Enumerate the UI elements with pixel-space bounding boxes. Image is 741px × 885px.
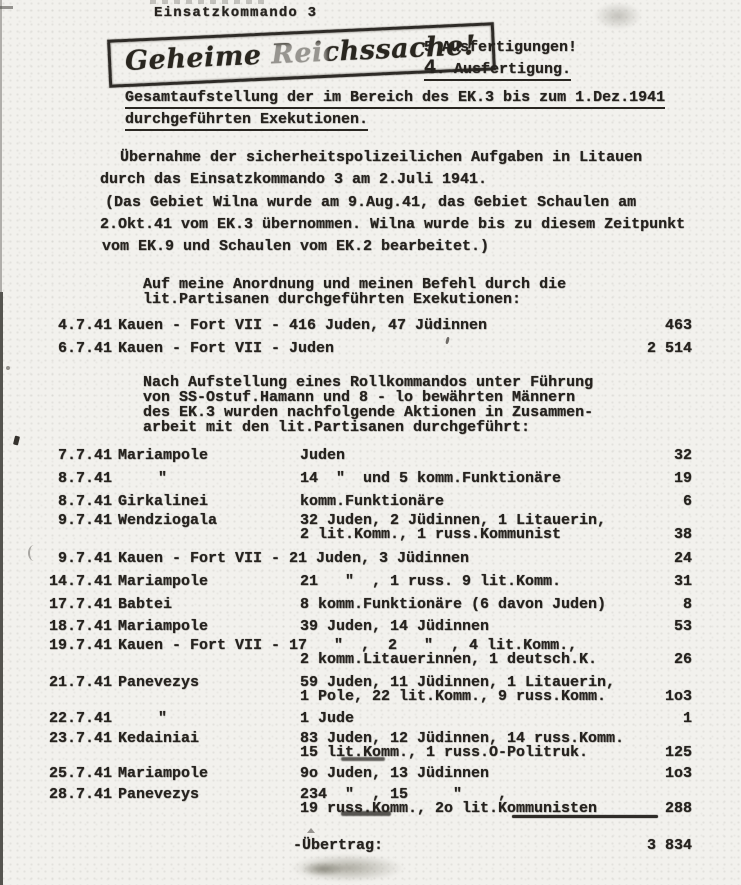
total-rule [512, 815, 658, 818]
paragraph-line: (Das Gebiet Wilna wurde am 9.Aug.41, das… [105, 195, 636, 211]
paragraph-line: vom EK.9 und Schaulen vom EK.2 bearbeite… [102, 239, 489, 255]
table-row-continued: 2 komm.Litauerinnen, 1 deutsch.K. 26 [0, 652, 741, 668]
row-place: Girkalinei [118, 494, 208, 510]
table-row: 14.7.41 Mariampole 21 " , 1 russ. 9 lit.… [0, 574, 741, 590]
row-place: Mariampole [118, 448, 208, 464]
paragraph-line: arbeit mit den lit.Partisanen durchgefüh… [143, 420, 530, 436]
stamp-fade-artifact [268, 42, 327, 71]
scan-artifact [594, 2, 642, 30]
row-date: 4.7.41 [40, 318, 112, 334]
row-place: Babtei [118, 597, 172, 613]
row-date: 6.7.41 [40, 341, 112, 357]
table-row-continued: 15 lit.Komm., 1 russ.O-Politruk. 125 [0, 745, 741, 761]
scanned-document: Einsatzkommando 3 Geheime Reichssache! 5… [0, 0, 741, 885]
scan-artifact [307, 828, 315, 833]
row-desc: 9o Juden, 13 Jüdinnen [300, 766, 489, 782]
row-place: Mariampole [118, 574, 208, 590]
row-count: 24 [588, 551, 692, 567]
table-row: 22.7.41 " 1 Jude 1 [0, 711, 741, 727]
row-count: 38 [588, 527, 692, 543]
row-desc: 1 Jude [300, 711, 354, 727]
carry-over-label: -Übertrag: [293, 838, 383, 854]
row-count: 6 [588, 494, 692, 510]
table-row: 8.7.41 Girkalinei komm.Funktionäre 6 [0, 494, 741, 510]
row-count: 8 [588, 597, 692, 613]
document-title-line2: durchgeführten Exekutionen. [125, 112, 368, 131]
table-row: 7.7.41 Mariampole Juden 32 [0, 448, 741, 464]
table-row: 4.7.41 Kauen - Fort VII - 416 Juden, 47 … [0, 318, 741, 334]
row-place: Mariampole [118, 766, 208, 782]
row-place: Mariampole [118, 619, 208, 635]
row-date: 7.7.41 [40, 448, 112, 464]
table-row-continued: 1 Pole, 22 lit.Komm., 9 russ.Komm. 1o3 [0, 689, 741, 705]
row-count: 125 [588, 745, 692, 761]
row-count: 19 [588, 471, 692, 487]
row-desc: 2 lit.Komm., 1 russ.Kommunist [300, 527, 561, 543]
document-title-line1: Gesamtaufstellung der im Bereich des EK.… [125, 90, 665, 109]
row-count: 1o3 [588, 689, 692, 705]
scan-artifact [302, 862, 344, 876]
row-date: 22.7.41 [40, 711, 112, 727]
row-desc: Juden [300, 448, 345, 464]
row-date: 9.7.41 [40, 551, 112, 567]
row-date: 8.7.41 [40, 471, 112, 487]
row-text: Kauen - Fort VII - 21 Juden, 3 Jüdinnen [118, 551, 469, 567]
page-edge-line [0, 0, 2, 292]
row-count: 463 [588, 318, 692, 334]
copy-number-rest: . Ausfertigung. [436, 61, 571, 78]
scan-artifact [0, 6, 13, 9]
table-row-continued: 2 lit.Komm., 1 russ.Kommunist 38 [0, 527, 741, 543]
row-desc: 8 komm.Funktionäre (6 davon Juden) [300, 597, 606, 613]
row-place-ditto: " [158, 471, 167, 487]
unit-label: Einsatzkommando 3 [154, 5, 317, 21]
row-text: Kauen - Fort VII - Juden [118, 341, 334, 357]
row-desc: 1 Pole, 22 lit.Komm., 9 russ.Komm. [300, 689, 606, 705]
row-date: 14.7.41 [40, 574, 112, 590]
copy-number: 4 [424, 57, 436, 80]
row-desc: 2 komm.Litauerinnen, 1 deutsch.K. [300, 652, 597, 668]
row-desc: 39 Juden, 14 Jüdinnen [300, 619, 489, 635]
table-row: 6.7.41 Kauen - Fort VII - Juden 2 514 [0, 341, 741, 357]
row-count: 53 [588, 619, 692, 635]
row-count: 26 [588, 652, 692, 668]
paragraph-line: Übernahme der sicherheitspolizeilichen A… [120, 150, 642, 166]
row-count: 2 514 [588, 341, 692, 357]
row-count: 32 [588, 448, 692, 464]
table-row: 18.7.41 Mariampole 39 Juden, 14 Jüdinnen… [0, 619, 741, 635]
row-place-ditto: " [158, 711, 167, 727]
row-date: 8.7.41 [40, 494, 112, 510]
row-date: 17.7.41 [40, 597, 112, 613]
row-desc: 15 lit.Komm., 1 russ.O-Politruk. [300, 745, 588, 761]
copies-count-line: 5 Ausfertigungen! [424, 40, 577, 56]
scan-artifact [6, 366, 10, 370]
paragraph-line: lit.Partisanen durchgeführten Exekutione… [143, 292, 521, 308]
row-desc: 14 " und 5 komm.Funktionäre [300, 471, 561, 487]
table-row: 9.7.41 Kauen - Fort VII - 21 Juden, 3 Jü… [0, 551, 741, 567]
row-desc: 21 " , 1 russ. 9 lit.Komm. [300, 574, 561, 590]
scan-artifact [13, 436, 20, 446]
copy-number-line: 4. Ausfertigung. [424, 61, 571, 81]
table-row: 25.7.41 Mariampole 9o Juden, 13 Jüdinnen… [0, 766, 741, 782]
carry-over-value: 3 834 [588, 838, 692, 854]
row-date: 25.7.41 [40, 766, 112, 782]
row-desc: komm.Funktionäre [300, 494, 444, 510]
row-count: 1o3 [588, 766, 692, 782]
table-row: 17.7.41 Babtei 8 komm.Funktionäre (6 dav… [0, 597, 741, 613]
row-count: 31 [588, 574, 692, 590]
row-text: Kauen - Fort VII - 416 Juden, 47 Jüdinne… [118, 318, 487, 334]
row-count: 1 [588, 711, 692, 727]
scan-artifact [150, 0, 270, 4]
paragraph-line: durch das Einsatzkommando 3 am 2.Juli 19… [100, 172, 487, 188]
table-row: 8.7.41 " 14 " und 5 komm.Funktionäre 19 [0, 471, 741, 487]
carry-over-row: -Übertrag: 3 834 [0, 838, 741, 854]
row-date: 18.7.41 [40, 619, 112, 635]
paragraph-line: 2.Okt.41 vom EK.3 übernommen. Wilna wurd… [100, 217, 685, 233]
